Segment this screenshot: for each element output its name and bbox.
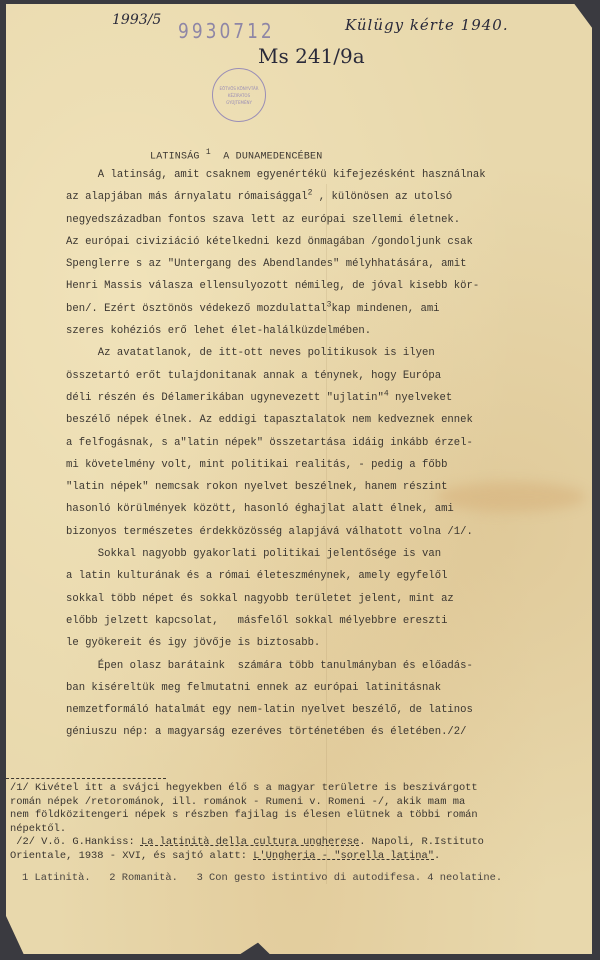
footnote-1-line: román népek /retorománok, ill. románok -… — [10, 796, 484, 810]
body-line: negyedszázadban fontos szava lett az eur… — [66, 209, 486, 231]
footnote-2-line: /2/ V.ö. G.Hankiss: La latinità della cu… — [10, 836, 484, 850]
footnote-2-line: Orientale, 1938 - XVI, és sajtó alatt: L… — [10, 850, 484, 864]
title-part-1: LATINSÁG — [150, 151, 200, 162]
title-part-2: A DUNAMEDENCÉBEN — [223, 151, 322, 162]
footnotes: /1/ Kivétel itt a svájci hegyekben élő s… — [10, 782, 484, 863]
footnote-1-line: /1/ Kivétel itt a svájci hegyekben élő s… — [10, 782, 484, 796]
body-line: Az európai civiziáció kételkedni kezd ön… — [66, 231, 486, 253]
title-footnote-ref: 1 — [206, 148, 211, 157]
catalog-number-stamp: 9930712 — [178, 20, 275, 44]
body-line: nemzetformáló hatalmát egy nem-latin nye… — [66, 699, 486, 721]
footnote-divider — [6, 778, 166, 779]
body-line: Spenglerre s az "Untergang des Abendland… — [66, 253, 486, 275]
body-line: bizonyos természetes érdekközösség alapj… — [66, 521, 486, 543]
body-line: ban kiséreltük meg felmutatni ennek az e… — [66, 677, 486, 699]
italian-glossary: 1 Latinità. 2 Romanità. 3 Con gesto isti… — [22, 872, 502, 884]
body-line: beszélő népek élnek. Az eddigi tapasztal… — [66, 409, 486, 431]
footnote-1-line: nem földközitengeri népek s részben faji… — [10, 809, 484, 823]
body-line: A latinság, amit csaknem egyenértékü kif… — [66, 164, 486, 186]
body-line: az alapjában más árnyalatu rómaisággal2 … — [66, 186, 486, 208]
body-line: ben/. Ezért ösztönös védekező mozdulatta… — [66, 298, 486, 320]
body-line: géniuszu nép: a magyarság ezeréves törté… — [66, 721, 486, 743]
body-line: mi követelmény volt, mint politikai real… — [66, 454, 486, 476]
body-line: Épen olasz barátaink számára több tanulm… — [66, 655, 486, 677]
body-line: sokkal több népet és sokkal nagyobb terü… — [66, 588, 486, 610]
body-line: szeres kohéziós erő lehet élet-halálküzd… — [66, 320, 486, 342]
shelfmark: Ms 241/9a — [258, 44, 365, 68]
handwritten-reference-left: 1993/5 — [112, 12, 161, 28]
body-line: Az avatatlanok, de itt-ott neves politik… — [66, 342, 486, 364]
body-line: Sokkal nagyobb gyakorlati politikai jele… — [66, 543, 486, 565]
stamp-line-3: GYŰJTEMÉNY — [226, 99, 252, 106]
body-line: hasonló körülmények között, hasonló égha… — [66, 498, 486, 520]
body-line: déli részén és Délamerikában ugynevezett… — [66, 387, 486, 409]
body-line: le gyökereit és igy jövője is biztosabb. — [66, 632, 486, 654]
body-line: "latin népek" nemcsak rokon nyelvet besz… — [66, 476, 486, 498]
body-line: előbb jelzett kapcsolat, másfelől sokkal… — [66, 610, 486, 632]
body-line: a felfogásnak, s a"latin népek" összetar… — [66, 432, 486, 454]
cited-title: L'Ungheria - "sorella latina" — [253, 850, 434, 862]
footnote-1-line: népektől. — [10, 823, 484, 837]
cited-title: La latinità della cultura ungherese — [141, 836, 359, 848]
stamp-line-1: EÖTVÖS KÖNYVTÁR — [219, 85, 258, 92]
document-body: A latinság, amit csaknem egyenértékü kif… — [66, 164, 486, 744]
library-stamp-icon: EÖTVÖS KÖNYVTÁR KÉZIRATOS GYŰJTEMÉNY — [212, 68, 266, 122]
handwritten-note: Külügy kérte 1940. — [345, 16, 509, 34]
stamp-line-2: KÉZIRATOS — [228, 92, 250, 99]
body-line: összetartó erőt tulajdonitanak annak a t… — [66, 365, 486, 387]
body-line: Henri Massis válasza ellensulyozott némi… — [66, 275, 486, 297]
body-line: a latin kulturának és a római életeszmén… — [66, 565, 486, 587]
